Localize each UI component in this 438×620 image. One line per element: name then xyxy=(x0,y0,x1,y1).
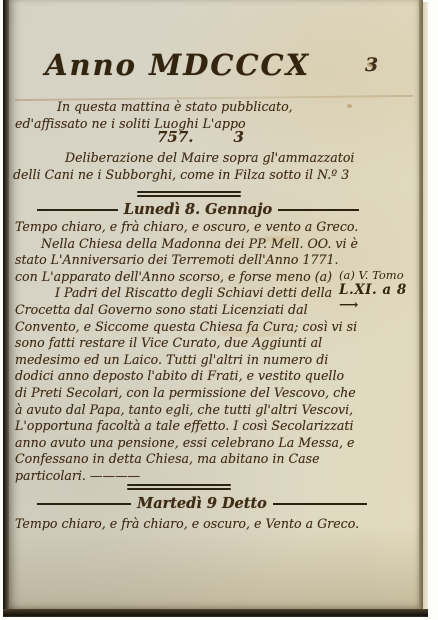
entry-date-header-tuesday: Martedì 9 Detto xyxy=(37,495,367,512)
folio-number: 3 xyxy=(365,54,378,76)
entry-date-label: Lunedì 8. Gennajo xyxy=(118,201,278,218)
entry-paragraph: I Padri del Riscatto degli Schiavi detti… xyxy=(15,285,359,484)
page-title: Anno MDCCCX xyxy=(45,48,305,82)
entry-body-monday: Tempo chiaro, e frà chiaro, e oscuro, e … xyxy=(15,219,359,485)
manuscript-photo: Anno MDCCCX 3 In questa mattina è stato … xyxy=(0,0,438,620)
entry-date-label: Martedì 9 Detto xyxy=(131,495,273,512)
margin-note-line: L.XI. a 8 ⟶ xyxy=(339,283,419,313)
header-rule-left xyxy=(37,209,118,211)
register-numbers: 757. 3 xyxy=(157,128,244,146)
divider-bar xyxy=(127,488,231,490)
margin-note-line: (a) V. Tomo xyxy=(339,268,419,283)
deliberation-note: Deliberazione del Maire sopra gl'ammazza… xyxy=(13,150,367,183)
section-divider xyxy=(137,191,241,197)
page-bottom-edge xyxy=(3,609,428,617)
header-rule-left xyxy=(37,503,131,505)
divider-bar xyxy=(137,195,241,197)
underlying-pages-edge xyxy=(423,2,428,611)
header-rule-right xyxy=(273,503,367,505)
page-right-edge xyxy=(419,0,423,611)
weather-line: Tempo chiaro, e frà chiaro, e oscuro, e … xyxy=(15,219,359,236)
entry-date-header-monday: Lunedì 8. Gennajo xyxy=(37,201,359,218)
register-number-left: 757. xyxy=(157,128,194,146)
weather-line: Tempo chiaro, e frà chiaro, e oscuro, e … xyxy=(15,516,385,533)
header-rule-right xyxy=(278,209,359,211)
entry-paragraph: Nella Chiesa della Madonna dei PP. Mell.… xyxy=(15,236,359,286)
section-divider xyxy=(127,484,231,490)
margin-reference-note: (a) V. Tomo L.XI. a 8 ⟶ xyxy=(339,268,419,313)
register-number-right: 3 xyxy=(234,128,244,146)
divider-bar xyxy=(137,191,241,193)
manuscript-page: Anno MDCCCX 3 In questa mattina è stato … xyxy=(9,0,419,609)
divider-bar xyxy=(127,484,231,486)
